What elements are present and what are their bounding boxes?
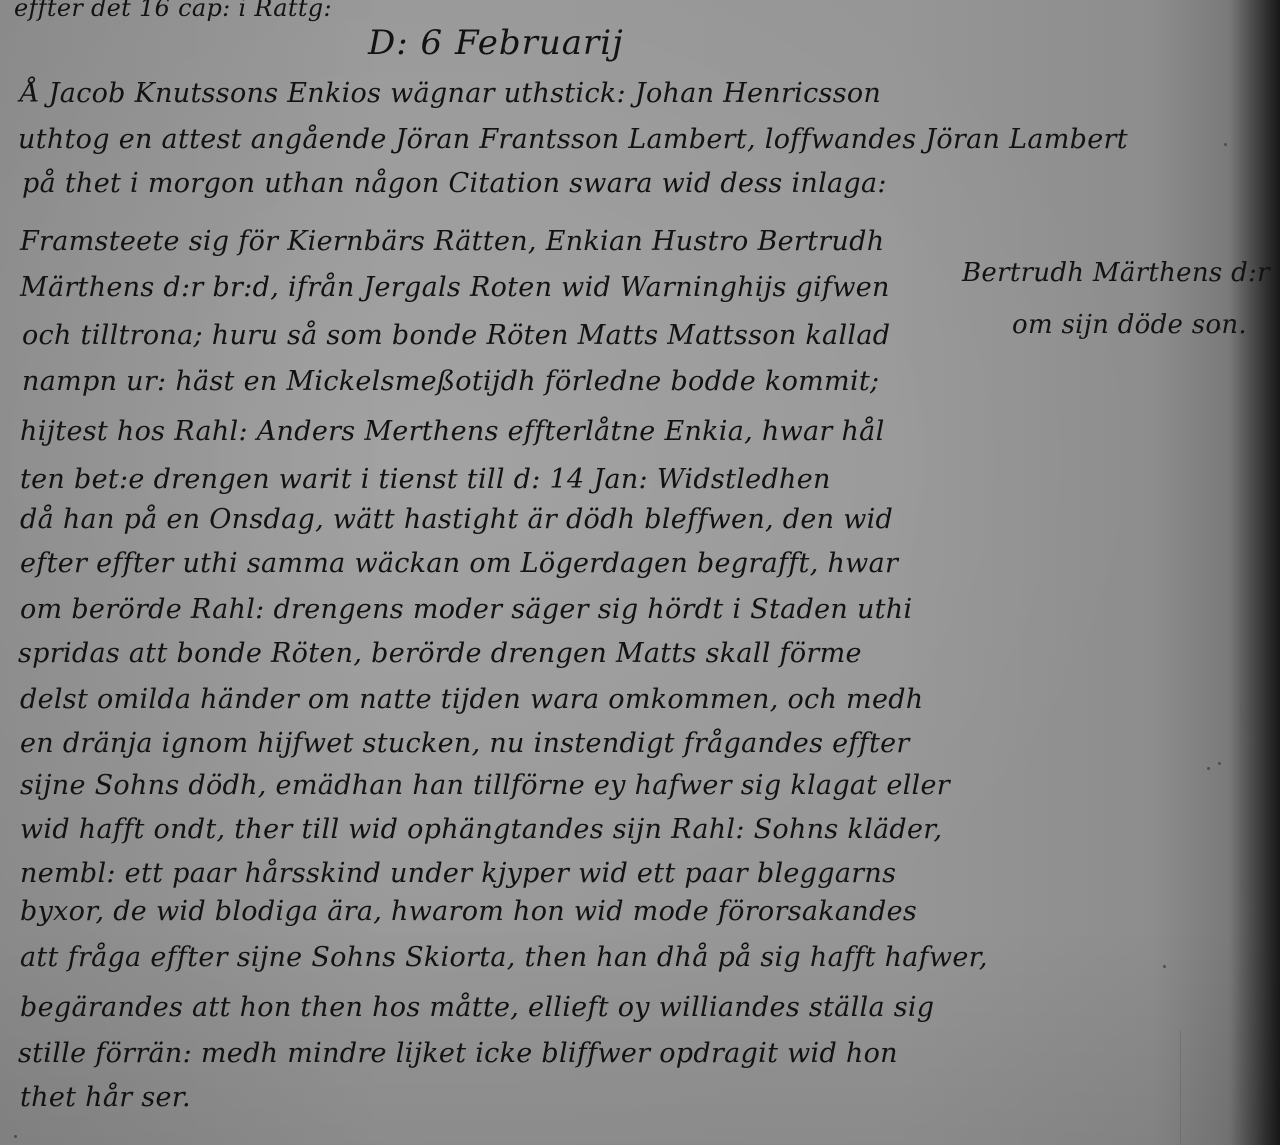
date-heading: D: 6 Februarij (368, 26, 624, 60)
paper-speck (1163, 965, 1166, 968)
manuscript-page: effter det 16 cap: i Rättg: D: 6 Februar… (0, 0, 1280, 1145)
paper-scratch (1240, 708, 1248, 743)
text-line: spridas att bonde Röten, berörde drengen… (18, 640, 862, 667)
text-line: Märthens d:r br:d, ifrån Jergals Roten w… (20, 274, 890, 301)
text-line: ten bet:e drengen warit i tienst till d:… (20, 466, 831, 493)
text-line: sijne Sohns dödh, emädhan han tillförne … (20, 772, 950, 799)
paper-speck (1224, 143, 1227, 146)
text-line: delst omilda händer om natte tijden wara… (20, 686, 924, 713)
text-line: då han på en Onsdag, wätt hastight är dö… (20, 506, 893, 533)
text-line: Framsteete sig för Kiernbärs Rätten, Enk… (20, 228, 884, 255)
paper-speck (14, 1135, 17, 1138)
margin-note-line: om sijn döde son. (1012, 312, 1247, 338)
text-line: thet hår ser. (20, 1084, 191, 1111)
text-line: att fråga effter sijne Sohns Skiorta, th… (20, 944, 988, 971)
text-line: på thet i morgon uthan någon Citation sw… (22, 170, 887, 197)
text-line: nembl: ett paar hårsskind under kjyper w… (20, 860, 896, 887)
text-line: begärandes att hon then hos måtte, ellie… (20, 994, 934, 1021)
text-line: byxor, de wid blodiga ära, hwarom hon wi… (20, 898, 917, 925)
text-line: om berörde Rahl: drengens moder säger si… (20, 596, 912, 623)
text-line: uthtog en attest angående Jöran Frantsso… (18, 126, 1128, 153)
text-line: en dränja ignom hijfwet stucken, nu inst… (20, 730, 910, 757)
top-fragment: effter det 16 cap: i Rättg: (14, 0, 332, 20)
paper-speck (1218, 762, 1221, 765)
text-line: och tilltrona; huru så som bonde Röten M… (22, 322, 890, 349)
text-line: Å Jacob Knutssons Enkios wägnar uthstick… (20, 80, 881, 107)
paper-scratch (1242, 880, 1250, 912)
text-line: hijtest hos Rahl: Anders Merthens effter… (20, 418, 885, 445)
margin-rule (1180, 1030, 1181, 1145)
text-line: efter effter uthi samma wäckan om Lögerd… (20, 550, 898, 577)
margin-note-line: Bertrudh Märthens d:r (962, 260, 1270, 286)
paper-speck (1207, 767, 1210, 770)
text-line: wid hafft ondt, ther till wid ophängtand… (20, 816, 942, 843)
text-line: stille förrän: medh mindre lijket icke b… (18, 1040, 898, 1067)
text-line: nampn ur: häst en Mickelsmeßotijdh förle… (22, 368, 879, 395)
